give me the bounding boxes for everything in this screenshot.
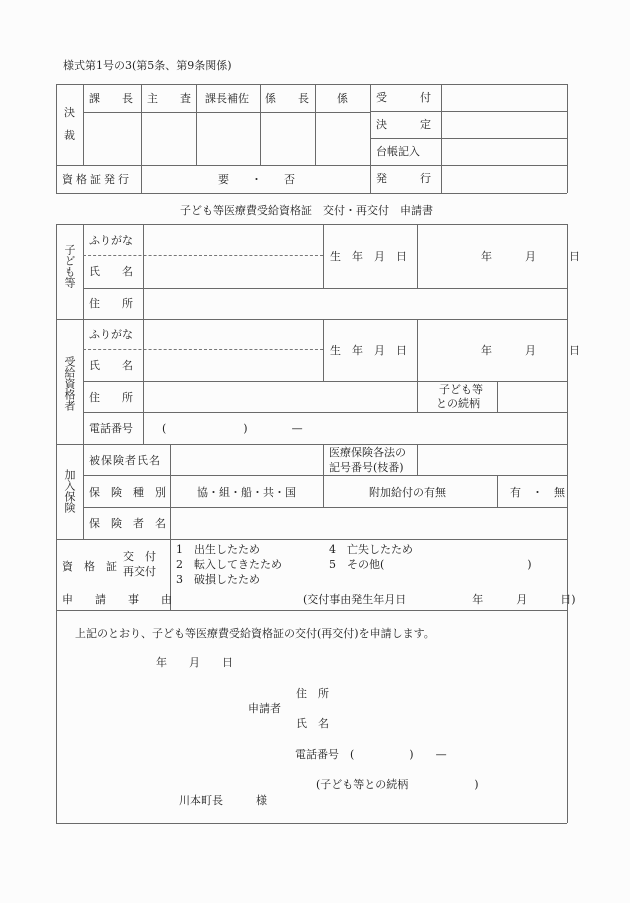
ledger-entry-field[interactable] — [442, 139, 566, 164]
recipient-birthdate-field[interactable]: 年 月 日 — [481, 345, 580, 356]
relationship-label-line1: 子ども等 — [439, 384, 483, 395]
reason-option-moved-in[interactable]: 2 転入してきたため — [176, 559, 282, 570]
insurance-symbol-field[interactable] — [418, 445, 566, 474]
recipient-furigana-label: ふりがな — [89, 329, 133, 340]
child-furigana-field[interactable] — [144, 225, 322, 254]
approval-label-2: 裁 — [64, 130, 75, 141]
reason-option-other[interactable]: 5 その他( ) — [329, 559, 532, 570]
applicant-address-field[interactable] — [340, 684, 560, 702]
insurance-section-label: 加入保険 — [64, 469, 75, 513]
stamp-chief-inspector[interactable] — [142, 113, 195, 164]
stamp-staff[interactable] — [316, 113, 369, 164]
approval-label-1: 決 — [64, 107, 75, 118]
header-assistant-chief: 課長補佐 — [205, 93, 249, 104]
recipient-birthdate-label: 生 年 月 日 — [330, 345, 407, 356]
insurance-type-label: 保 険 種 別 — [89, 487, 166, 498]
applicant-address-label: 住 所 — [296, 688, 329, 699]
relationship-label-line2: との続柄 — [436, 398, 480, 409]
label-received: 受 付 — [376, 92, 431, 103]
recipient-address-field[interactable] — [144, 382, 416, 411]
stamp-subsection-chief[interactable] — [261, 113, 314, 164]
stamp-assistant-chief[interactable] — [197, 113, 259, 164]
recipient-section-label: 受給資格者 — [64, 356, 75, 411]
relationship-field[interactable] — [498, 382, 566, 411]
applicant-name-label: 氏 名 — [296, 718, 329, 729]
header-section-chief: 課 長 — [89, 93, 133, 104]
addressee: 川本町長 様 — [179, 795, 267, 806]
recipient-address-label: 住 所 — [89, 392, 133, 403]
child-address-label: 住 所 — [89, 298, 133, 309]
recipient-phone-field[interactable]: ( ) — — [162, 423, 303, 434]
recipient-name-label: 氏 名 — [89, 360, 133, 371]
application-date-field[interactable]: 年 月 日 — [156, 657, 233, 668]
insured-name-label: 被保険者氏名 — [89, 455, 161, 466]
child-birthdate-label: 生 年 月 日 — [330, 251, 407, 262]
stamp-section-chief[interactable] — [84, 113, 140, 164]
recipient-phone-label: 電話番号 — [89, 423, 133, 434]
insurance-symbol-label-line2: 記号番号(枝番) — [329, 462, 404, 473]
label-issued: 発 行 — [376, 173, 431, 184]
recipient-name-field[interactable] — [144, 350, 322, 380]
header-chief-inspector: 主 査 — [147, 93, 191, 104]
applicant-relationship-field[interactable]: (子ども等との続柄 ) — [316, 779, 479, 790]
declaration-statement: 上記のとおり、子ども等医療費受給資格証の交付(再交付)を申請します。 — [75, 628, 435, 639]
child-address-field[interactable] — [144, 289, 566, 318]
issue-required-choice[interactable]: 要 ・ 否 — [218, 174, 295, 185]
additional-benefit-options[interactable]: 有 ・ 無 — [510, 487, 565, 498]
additional-benefit-label: 附加給付の有無 — [369, 487, 446, 498]
occurrence-date-field[interactable]: (交付事由発生年月日 年 月 日) — [303, 594, 576, 605]
insurance-symbol-label-line1: 医療保険各法の — [329, 447, 406, 458]
reason-label-issue: 交 付 — [123, 551, 156, 562]
label-decided: 決 定 — [376, 119, 431, 130]
certificate-issue-label: 資格証発行 — [62, 174, 132, 185]
insured-name-field[interactable] — [171, 445, 322, 474]
child-section-label: 子ども等 — [64, 244, 75, 288]
reason-label-bottom: 申 請 事 由 — [62, 594, 172, 605]
child-name-field[interactable] — [144, 256, 322, 287]
header-subsection-chief: 係 長 — [265, 93, 309, 104]
insurer-name-field[interactable] — [171, 508, 566, 538]
received-field[interactable] — [442, 85, 566, 110]
reason-label-reissue: 再交付 — [123, 566, 156, 577]
reason-option-damaged[interactable]: 3 破損したため — [176, 574, 260, 585]
decided-field[interactable] — [442, 112, 566, 137]
child-furigana-label: ふりがな — [89, 235, 133, 246]
reason-option-lost[interactable]: 4 亡失したため — [329, 544, 413, 555]
header-staff: 係 — [337, 93, 348, 104]
applicant-phone-field[interactable]: 電話番号 ( ) — — [295, 749, 447, 760]
insurer-name-label: 保 険 者 名 — [89, 518, 166, 529]
recipient-furigana-field[interactable] — [144, 320, 322, 348]
reason-option-birth[interactable]: 1 出生したため — [176, 544, 260, 555]
insurance-type-options[interactable]: 協・組・船・共・国 — [197, 487, 296, 498]
form-title: 子ども等医療費受給資格証 交付・再交付 申請書 — [180, 205, 433, 216]
form-number: 様式第1号の3(第5条、第9条関係) — [63, 60, 232, 71]
issued-field[interactable] — [442, 166, 566, 192]
applicant-label: 申請者 — [248, 703, 281, 714]
child-birthdate-field[interactable]: 年 月 日 — [481, 251, 580, 262]
child-name-label: 氏 名 — [89, 266, 133, 277]
applicant-name-field[interactable] — [340, 714, 560, 732]
reason-label-certificate: 資 格 証 — [62, 561, 117, 572]
label-ledger-entry: 台帳記入 — [376, 146, 420, 157]
